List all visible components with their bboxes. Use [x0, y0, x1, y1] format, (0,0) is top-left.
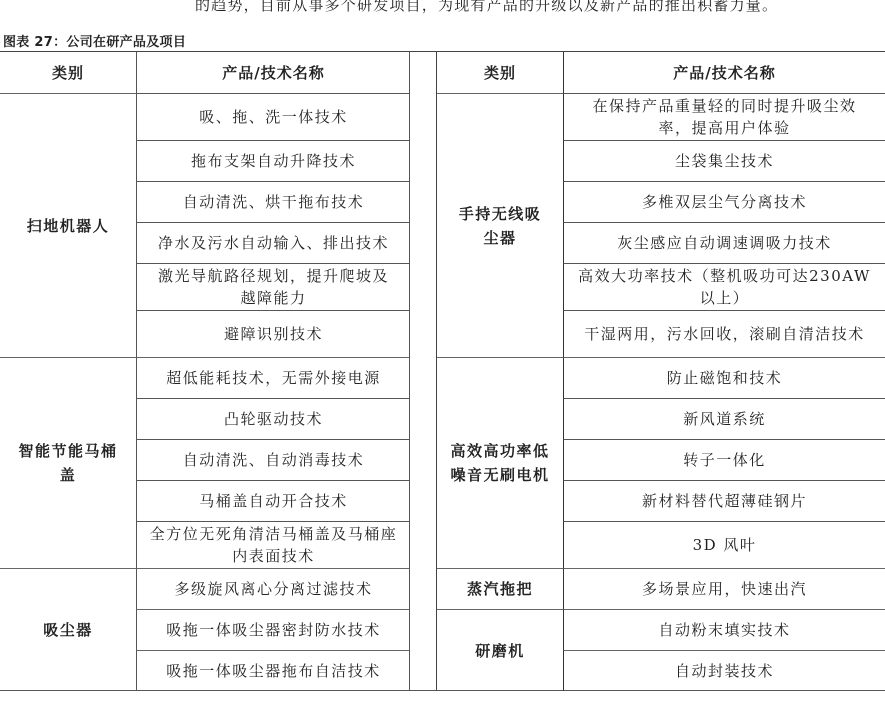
table-cell: 防止磁饱和技术 — [563, 357, 885, 398]
table-cell: 多场景应用，快速出汽 — [563, 568, 885, 609]
column-gap — [409, 52, 437, 690]
category-steam-mop: 蒸汽拖把 — [437, 568, 563, 609]
category-handheld-cordless-vacuum: 手持无线吸尘器 — [437, 93, 563, 357]
table-cell: 新材料替代超薄硅钢片 — [563, 480, 885, 521]
table-cell: 净水及污水自动输入、排出技术 — [136, 222, 410, 263]
table-cell: 新风道系统 — [563, 398, 885, 439]
table-cell: 高效大功率技术（整机吸功可达230AW以上） — [563, 263, 885, 310]
table-cell: 全方位无死角清洁马桶盖及马桶座内表面技术 — [136, 521, 410, 568]
header-product-name: 产品/技术名称 — [136, 52, 410, 93]
table-cell: 拖布支架自动升降技术 — [136, 140, 410, 181]
header-category: 类别 — [437, 52, 563, 93]
table-cell: 尘袋集尘技术 — [563, 140, 885, 181]
table-cell: 自动清洗、烘干拖布技术 — [136, 181, 410, 222]
table-caption: 图表 27：公司在研产品及项目 — [3, 31, 186, 50]
table-cell: 超低能耗技术，无需外接电源 — [136, 357, 410, 398]
category-grinder: 研磨机 — [437, 609, 563, 691]
rnd-projects-table: 类别 产品/技术名称 扫地机器人 吸、拖、洗一体技术 拖布支架自动升降技术 自动… — [0, 51, 885, 691]
table-cell: 避障识别技术 — [136, 310, 410, 357]
category-robot-vacuum: 扫地机器人 — [0, 93, 136, 357]
table-cell: 马桶盖自动开合技术 — [136, 480, 410, 521]
table-cell: 自动清洗、自动消毒技术 — [136, 439, 410, 480]
table-cell: 多椎双层尘气分离技术 — [563, 181, 885, 222]
header-category: 类别 — [0, 52, 136, 93]
category-brushless-motor: 高效高功率低噪音无刷电机 — [437, 357, 563, 568]
table-cell: 凸轮驱动技术 — [136, 398, 410, 439]
category-smart-toilet-seat: 智能节能马桶盖 — [0, 357, 136, 568]
category-vacuum-cleaner: 吸尘器 — [0, 568, 136, 691]
table-cell: 自动封装技术 — [563, 650, 885, 691]
table-cell: 吸拖一体吸尘器拖布自洁技术 — [136, 650, 410, 691]
table-cell: 吸拖一体吸尘器密封防水技术 — [136, 609, 410, 650]
table-cell: 自动粉末填实技术 — [563, 609, 885, 650]
header-product-name: 产品/技术名称 — [563, 52, 885, 93]
table-right-half: 类别 产品/技术名称 手持无线吸尘器 在保持产品重量轻的同时提升吸尘效率，提高用… — [437, 52, 885, 690]
table-cell: 灰尘感应自动调速调吸力技术 — [563, 222, 885, 263]
table-cell: 3D 风叶 — [563, 521, 885, 568]
table-cell: 激光导航路径规划，提升爬坡及越障能力 — [136, 263, 410, 310]
table-cell: 转子一体化 — [563, 439, 885, 480]
table-cell: 在保持产品重量轻的同时提升吸尘效率，提高用户体验 — [563, 93, 885, 140]
table-cell: 吸、拖、洗一体技术 — [136, 93, 410, 140]
intro-paragraph-line: 的趋势，目前从事多个研发项目，为现有产品的升级以及新产品的推出积蓄力量。 — [195, 0, 778, 16]
table-cell: 多级旋风离心分离过滤技术 — [136, 568, 410, 609]
table-cell: 干湿两用，污水回收，滚刷自清洁技术 — [563, 310, 885, 357]
table-left-half: 类别 产品/技术名称 扫地机器人 吸、拖、洗一体技术 拖布支架自动升降技术 自动… — [0, 52, 410, 690]
